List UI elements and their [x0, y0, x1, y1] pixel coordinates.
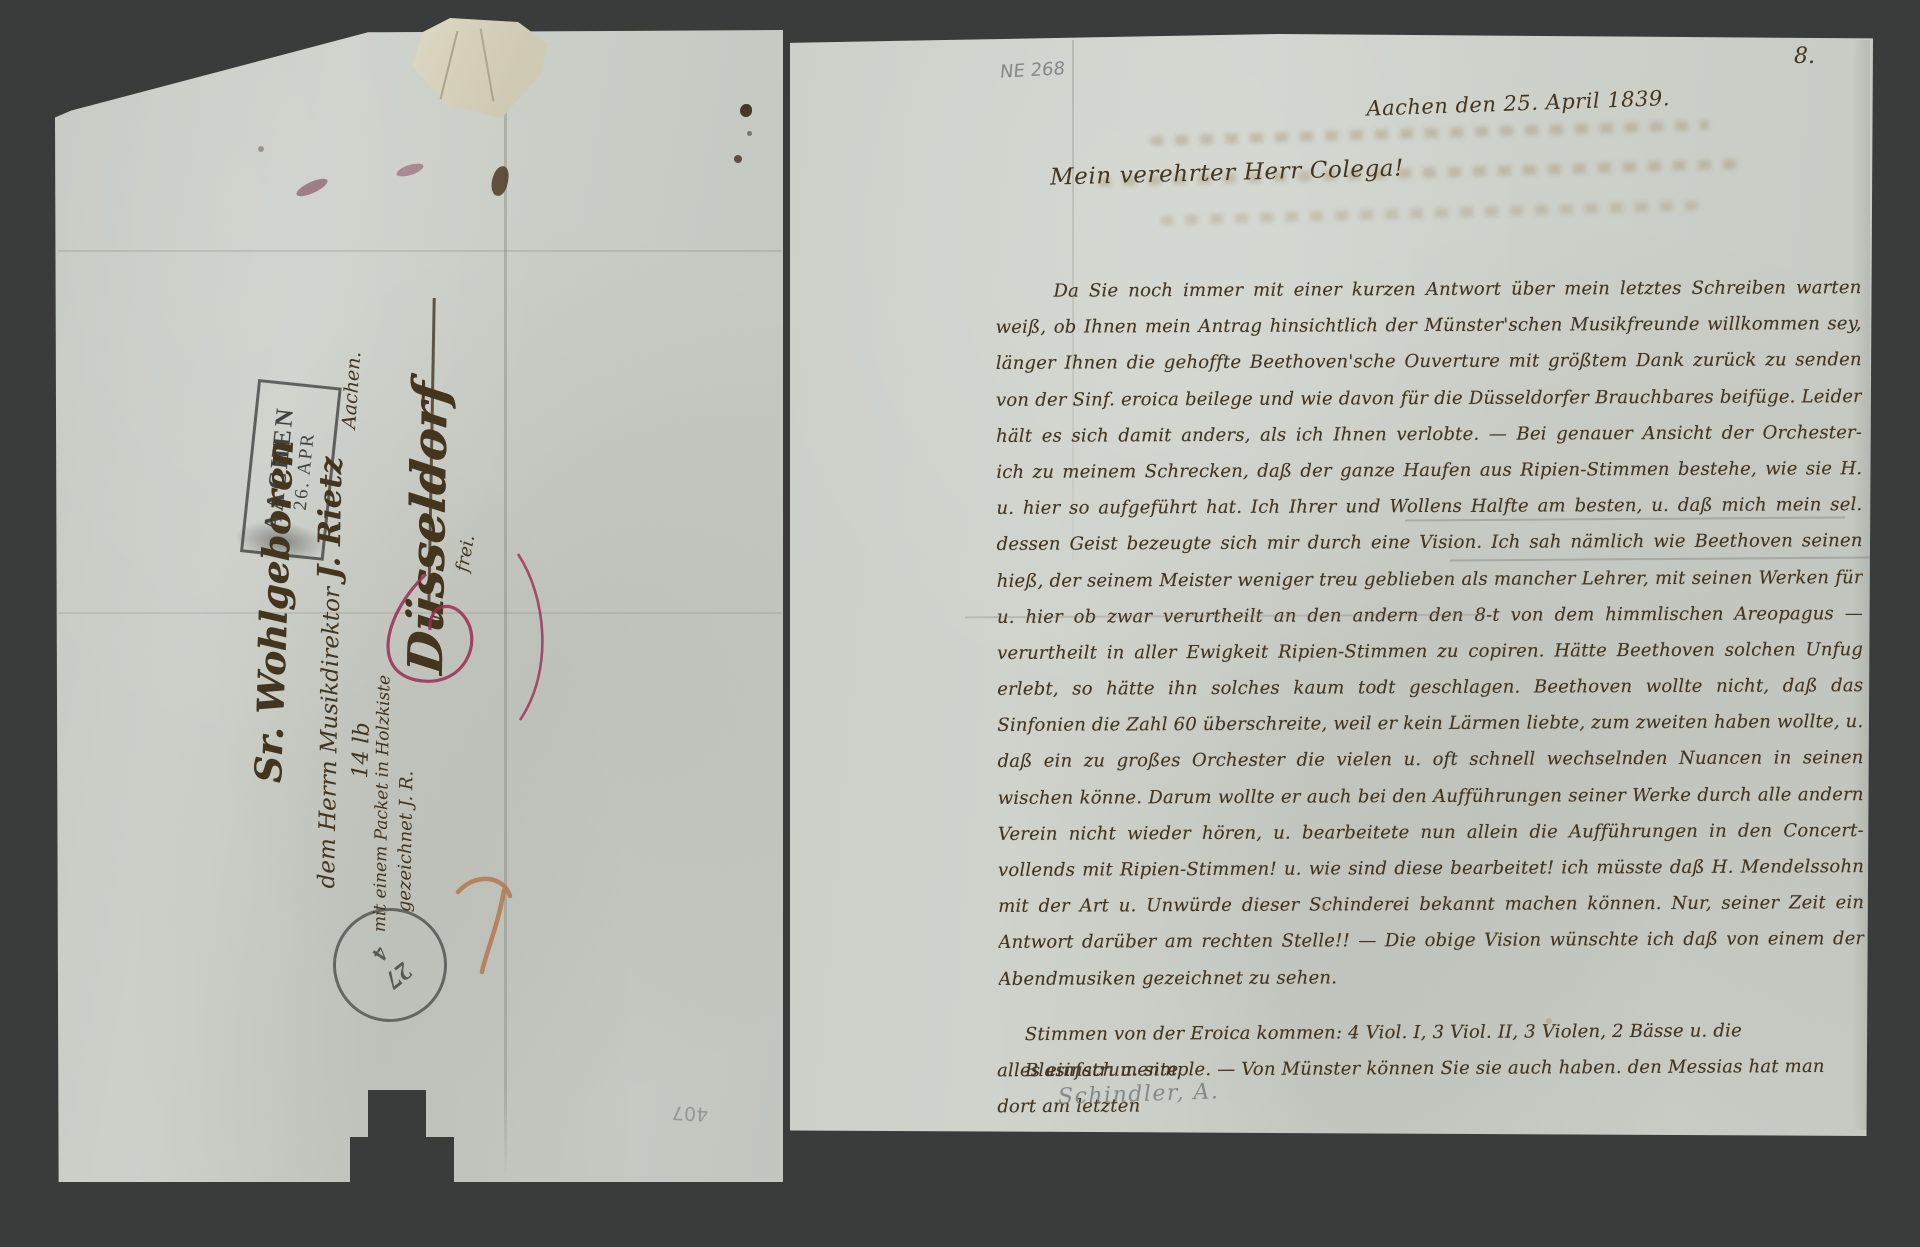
- body-line: verurtheilt in aller Ewigkeit Ripien-Sti…: [997, 632, 1863, 672]
- address-recipient-name: J. Rietz: [311, 456, 349, 580]
- body-line: wischen könne. Darum wollte er auch bei …: [998, 777, 1864, 817]
- crayon-brown-mark: [452, 868, 522, 978]
- body-line: Da Sie noch immer mit einer kurzen Antwo…: [995, 270, 1861, 310]
- letter-scan: AACHEN 26. APR Aachen. Sr. Wohlgeboren d…: [0, 0, 1920, 1247]
- body-line: erlebt, so hätte ihn solches kaum todt g…: [997, 668, 1863, 708]
- body-line: vollends mit Ripien-Stimmen! u. wie sind…: [998, 849, 1864, 889]
- body-line: Antwort darüber am rechten Stelle!! — Di…: [998, 921, 1864, 961]
- body-line: hieß, der seinem Meister weniger treu ge…: [997, 560, 1863, 600]
- archive-number: NE 268: [999, 58, 1066, 83]
- body-line: daß ein zu großes Orchester die vielen u…: [997, 741, 1863, 781]
- letter-postscript: Stimmen von der Eroica kommen: 4 Viol. I…: [997, 1013, 1863, 1090]
- crayon-red-flourish: [368, 552, 598, 732]
- pencil-mark: 407: [671, 1101, 708, 1125]
- address-recipient-title: dem Herrn Musikdirektor: [314, 587, 345, 889]
- body-line: Verein nicht wieder hören, u. bearbeitet…: [998, 813, 1864, 853]
- body-line: hält es sich damit anders, als ich Ihnen…: [996, 415, 1862, 455]
- body-line: länger Ihnen die gehoffte Beethoven'sche…: [996, 342, 1862, 382]
- body-line: mit der Art u. Unwürde dieser Schinderei…: [998, 885, 1864, 925]
- body-line: Sinfonien die Zahl 60 überschreite, weil…: [997, 704, 1863, 744]
- body-line: von der Sinf. eroica beilege und wie dav…: [996, 379, 1862, 419]
- arrival-stamp-month: 4: [367, 941, 395, 965]
- body-line: weiß, ob Ihnen mein Antrag hinsichtlich …: [996, 306, 1862, 346]
- folio-number: 8.: [1794, 44, 1815, 69]
- body-line: Abendmusiken gezeichnet zu sehen.: [998, 958, 1864, 998]
- letter-body: Da Sie noch immer mit einer kurzen Antwo…: [995, 270, 1864, 998]
- body-line: ich zu meinem Schrecken, daß der ganze H…: [996, 451, 1862, 491]
- body-line: Stimmen von der Eroica kommen: 4 Viol. I…: [997, 1013, 1863, 1054]
- body-line: u. hier so aufgeführt hat. Ich Ihrer und…: [996, 487, 1862, 527]
- paper-notch: [350, 1137, 454, 1187]
